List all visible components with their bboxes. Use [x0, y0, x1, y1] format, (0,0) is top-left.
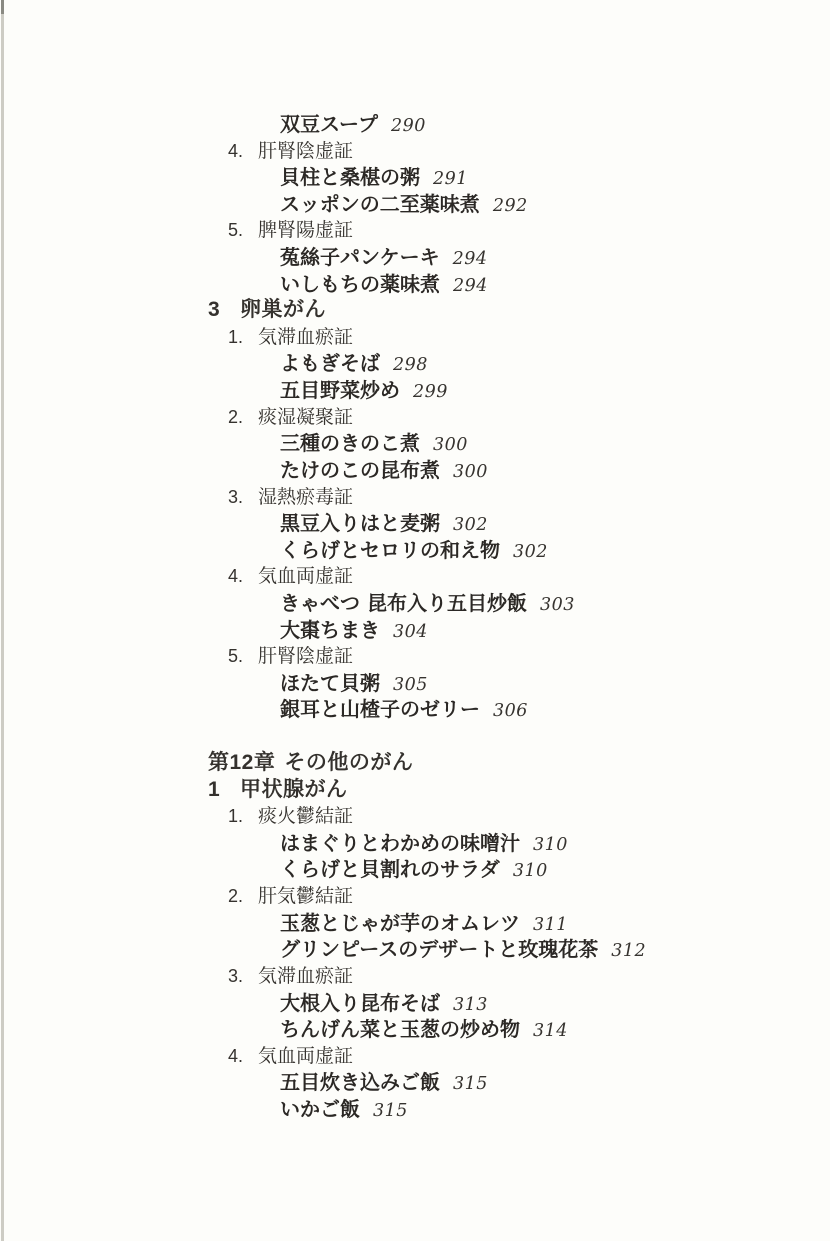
- pattern-number: 3.: [228, 484, 258, 511]
- pattern-title: 気滞血瘀証: [258, 966, 353, 987]
- scan-edge-line: [1, 0, 4, 1241]
- page-number: 291: [433, 169, 468, 189]
- page-number: 294: [453, 276, 488, 296]
- pattern-number: 5.: [228, 217, 258, 244]
- pattern-title: 気滞血瘀証: [258, 327, 353, 348]
- recipe-title: 大根入り昆布そば: [280, 991, 440, 1015]
- toc-recipe-item: 銀耳と山楂子のゼリー306: [208, 696, 646, 723]
- page-number: 310: [533, 835, 568, 855]
- recipe-title: きゃべつ 昆布入り五目炒飯: [280, 591, 527, 615]
- toc-recipe-item: 三種のきのこ煮300: [208, 430, 646, 457]
- toc-recipe-item: グリンピースのデザートと玫瑰花茶312: [208, 936, 646, 963]
- page-number: 294: [453, 249, 488, 269]
- section-title: 卵巣がん: [240, 298, 326, 321]
- toc-pattern-heading: 1.気滞血瘀証: [208, 324, 646, 351]
- section-title: 甲状腺がん: [240, 778, 348, 801]
- recipe-title: くらげとセロリの和え物: [280, 538, 500, 562]
- toc-recipe-item: いしもちの薬味煮294: [208, 271, 646, 298]
- table-of-contents: 双豆スープ2904.肝腎陰虚証貝柱と桑椹の粥291スッポンの二至薬味煮2925.…: [208, 111, 646, 1123]
- recipe-title: いしもちの薬味煮: [280, 272, 440, 296]
- toc-pattern-heading: 2.肝気鬱結証: [208, 883, 646, 910]
- toc-recipe-item: ちんげん菜と玉葱の炒め物314: [208, 1016, 646, 1043]
- toc-recipe-item: スッポンの二至薬味煮292: [208, 191, 646, 218]
- page-number: 304: [393, 622, 428, 642]
- page-number: 290: [391, 116, 426, 136]
- recipe-title: はまぐりとわかめの味噌汁: [280, 831, 520, 855]
- toc-recipe-item: 大根入り昆布そば313: [208, 990, 646, 1017]
- toc-recipe-item: 玉葱とじゃが芋のオムレツ311: [208, 910, 646, 937]
- page-number: 315: [373, 1101, 408, 1121]
- page-number: 300: [453, 462, 488, 482]
- toc-recipe-item: いかご飯315: [208, 1096, 646, 1123]
- toc-pattern-heading: 3.湿熱瘀毒証: [208, 484, 646, 511]
- toc-pattern-heading: 4.肝腎陰虚証: [208, 138, 646, 165]
- toc-recipe-item: 大棗ちまき304: [208, 617, 646, 644]
- page-number: 306: [493, 701, 528, 721]
- pattern-number: 4.: [228, 1043, 258, 1070]
- recipe-title: 菟絲子パンケーキ: [280, 245, 440, 269]
- pattern-number: 1.: [228, 324, 258, 351]
- pattern-title: 肝腎陰虚証: [258, 646, 353, 667]
- pattern-number: 2.: [228, 404, 258, 431]
- pattern-number: 3.: [228, 963, 258, 990]
- toc-recipe-item: よもぎそば298: [208, 350, 646, 377]
- toc-recipe-item: 五目炊き込みご飯315: [208, 1069, 646, 1096]
- toc-recipe-item: ほたて貝粥305: [208, 670, 646, 697]
- recipe-title: ちんげん菜と玉葱の炒め物: [280, 1017, 520, 1041]
- recipe-title: 大棗ちまき: [280, 618, 380, 642]
- chapter-title: その他のがん: [284, 751, 413, 774]
- recipe-title: 五目炊き込みご飯: [280, 1070, 440, 1094]
- page-number: 311: [533, 915, 568, 935]
- page-number: 305: [393, 675, 428, 695]
- page-number: 298: [393, 355, 428, 375]
- section-number: 3: [208, 297, 240, 324]
- recipe-title: 黒豆入りはと麦粥: [280, 511, 440, 535]
- toc-pattern-heading: 4.気血両虚証: [208, 563, 646, 590]
- recipe-title: よもぎそば: [280, 351, 380, 375]
- toc-recipe-item: 菟絲子パンケーキ294: [208, 244, 646, 271]
- recipe-title: くらげと貝割れのサラダ: [280, 857, 500, 881]
- pattern-title: 気血両虚証: [258, 1046, 353, 1067]
- page-number: 302: [513, 542, 548, 562]
- page-number: 302: [453, 515, 488, 535]
- toc-chapter-heading: 第12章その他のがん: [208, 750, 646, 777]
- chapter-number: 第12章: [208, 751, 275, 774]
- page-number: 303: [540, 595, 575, 615]
- toc-pattern-heading: 3.気滞血瘀証: [208, 963, 646, 990]
- page-number: 314: [533, 1021, 568, 1041]
- page-number: 299: [413, 382, 448, 402]
- pattern-title: 痰湿凝聚証: [258, 407, 353, 428]
- pattern-title: 脾腎陽虚証: [258, 220, 353, 241]
- toc-recipe-item: 貝柱と桑椹の粥291: [208, 164, 646, 191]
- pattern-number: 2.: [228, 883, 258, 910]
- toc-section-heading: 1甲状腺がん: [208, 777, 646, 804]
- toc-recipe-item: 双豆スープ290: [208, 111, 646, 138]
- recipe-title: スッポンの二至薬味煮: [280, 192, 480, 216]
- toc-recipe-item: たけのこの昆布煮300: [208, 457, 646, 484]
- section-number: 1: [208, 777, 240, 804]
- page-number: 313: [453, 995, 488, 1015]
- pattern-number: 5.: [228, 643, 258, 670]
- recipe-title: 三種のきのこ煮: [280, 431, 420, 455]
- toc-recipe-item: 黒豆入りはと麦粥302: [208, 510, 646, 537]
- toc-recipe-item: はまぐりとわかめの味噌汁310: [208, 830, 646, 857]
- toc-section-heading: 3卵巣がん: [208, 297, 646, 324]
- pattern-number: 1.: [228, 803, 258, 830]
- toc-recipe-item: 五目野菜炒め299: [208, 377, 646, 404]
- pattern-title: 湿熱瘀毒証: [258, 487, 353, 508]
- toc-recipe-item: きゃべつ 昆布入り五目炒飯303: [208, 590, 646, 617]
- recipe-title: 五目野菜炒め: [280, 378, 400, 402]
- page-number: 312: [611, 941, 646, 961]
- recipe-title: 玉葱とじゃが芋のオムレツ: [280, 911, 520, 935]
- toc-pattern-heading: 1.痰火鬱結証: [208, 803, 646, 830]
- recipe-title: グリンピースのデザートと玫瑰花茶: [280, 937, 598, 961]
- pattern-number: 4.: [228, 563, 258, 590]
- toc-pattern-heading: 2.痰湿凝聚証: [208, 404, 646, 431]
- pattern-title: 痰火鬱結証: [258, 806, 353, 827]
- toc-pattern-heading: 5.肝腎陰虚証: [208, 643, 646, 670]
- toc-pattern-heading: 5.脾腎陽虚証: [208, 217, 646, 244]
- scanned-toc-page: 双豆スープ2904.肝腎陰虚証貝柱と桑椹の粥291スッポンの二至薬味煮2925.…: [0, 0, 830, 1241]
- recipe-title: 双豆スープ: [280, 112, 378, 136]
- pattern-title: 肝腎陰虚証: [258, 141, 353, 162]
- page-number: 300: [433, 435, 468, 455]
- recipe-title: 貝柱と桑椹の粥: [280, 165, 420, 189]
- page-number: 315: [453, 1074, 488, 1094]
- toc-blank-line: [208, 723, 646, 750]
- toc-recipe-item: くらげとセロリの和え物302: [208, 537, 646, 564]
- recipe-title: たけのこの昆布煮: [280, 458, 440, 482]
- toc-recipe-item: くらげと貝割れのサラダ310: [208, 856, 646, 883]
- recipe-title: ほたて貝粥: [280, 671, 380, 695]
- page-number: 310: [513, 861, 548, 881]
- recipe-title: 銀耳と山楂子のゼリー: [280, 697, 480, 721]
- toc-pattern-heading: 4.気血両虚証: [208, 1043, 646, 1070]
- page-number: 292: [493, 196, 528, 216]
- pattern-title: 気血両虚証: [258, 566, 353, 587]
- pattern-number: 4.: [228, 138, 258, 165]
- pattern-title: 肝気鬱結証: [258, 886, 353, 907]
- recipe-title: いかご飯: [280, 1097, 360, 1121]
